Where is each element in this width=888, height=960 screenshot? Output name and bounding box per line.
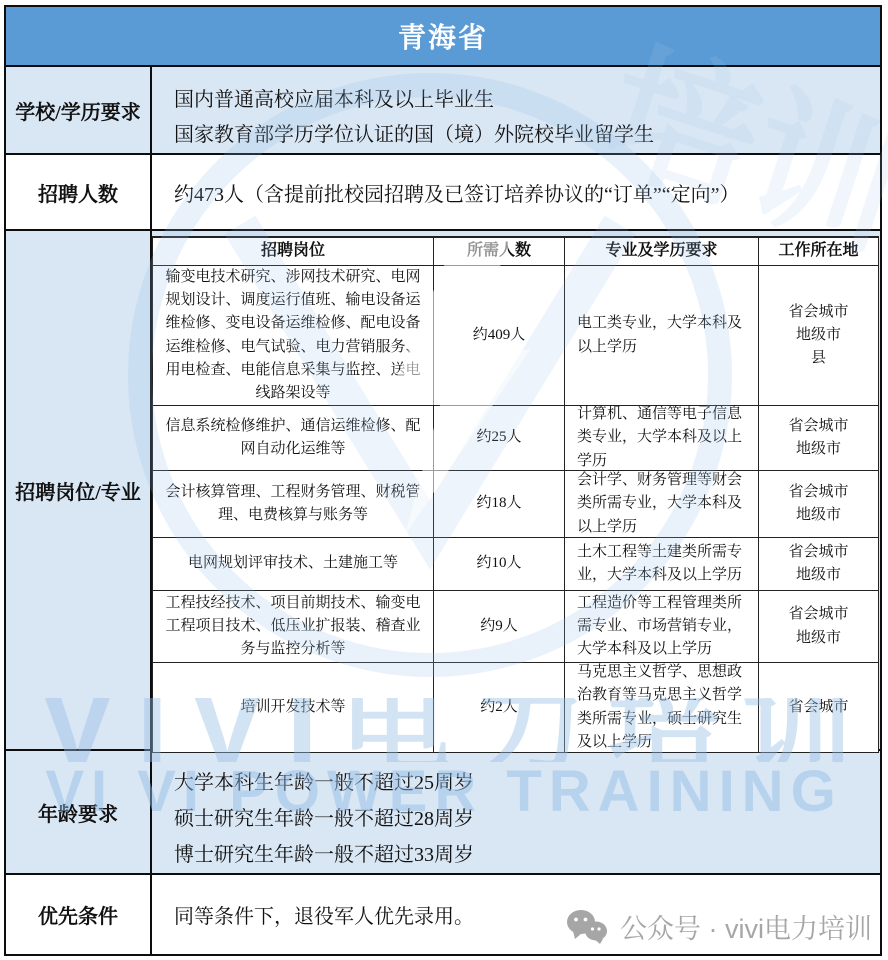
positions-label: 招聘岗位/专业: [6, 231, 152, 749]
notice-table: 青海省 学校/学历要求 国内普通高校应届本科及以上毕业生 国家教育部学历学位认证…: [4, 5, 882, 956]
headcount-content: 约473人（含提前批校园招聘及已签订培养协议的“订单”“定向”）: [152, 155, 880, 229]
table-row-6-position: 培训开发技术等: [153, 663, 434, 753]
table-row-2-position: 信息系统检修维护、通信运维检修、配网自动化运维等: [153, 406, 434, 471]
col-header-count: 所需人数: [434, 238, 565, 266]
table-row-1-position: 输变电技术研究、涉网技术研究、电网规划设计、调度运行值班、输电设备运维检修、变电…: [153, 266, 434, 406]
col-header-position: 招聘岗位: [153, 238, 434, 266]
recruitment-notice-sheet: 青海省 学校/学历要求 国内普通高校应届本科及以上毕业生 国家教育部学历学位认证…: [0, 0, 888, 960]
headcount-text: 约473人（含提前批校园招聘及已签订培养协议的“订单”“定向”）: [152, 155, 880, 229]
school-label: 学校/学历要求: [6, 67, 152, 153]
table-row-6-count: 约2人: [434, 663, 565, 753]
table-row-3-location: 省会城市 地级市: [759, 471, 879, 538]
table-row-1-location: 省会城市 地级市 县: [759, 266, 879, 406]
row-age-requirements: 年龄要求 大学本科生年龄一般不超过25周岁 硕士研究生年龄一般不超过28周岁 博…: [6, 749, 880, 873]
row-school-requirements: 学校/学历要求 国内普通高校应届本科及以上毕业生 国家教育部学历学位认证的国（境…: [6, 65, 880, 153]
table-row-5-position: 工程技经技术、项目前期技术、输变电工程项目技术、低压业扩报装、稽查业务与监控分析…: [153, 591, 434, 663]
age-label: 年龄要求: [6, 751, 152, 873]
table-row-4-position: 电网规划评审技术、土建施工等: [153, 538, 434, 591]
table-row-5-location: 省会城市 地级市: [759, 591, 879, 663]
table-row-1-major: 电工类专业，大学本科及以上学历: [565, 266, 759, 406]
age-line-3: 博士研究生年龄一般不超过33周岁: [174, 837, 870, 873]
table-row-5-major: 工程造价等工程管理类所需专业、市场营销专业，大学本科及以上学历: [565, 591, 759, 663]
table-row-1-count: 约409人: [434, 266, 565, 406]
row-headcount: 招聘人数 约473人（含提前批校园招聘及已签订培养协议的“订单”“定向”）: [6, 153, 880, 229]
row-positions: 招聘岗位/专业 招聘岗位 所需人数 专业及学历要求 工作所在地 输变电技术研究、…: [6, 229, 880, 749]
col-header-major: 专业及学历要求: [565, 238, 759, 266]
positions-table: 招聘岗位 所需人数 专业及学历要求 工作所在地 输变电技术研究、涉网技术研究、电…: [152, 236, 879, 753]
positions-content: 招聘岗位 所需人数 专业及学历要求 工作所在地 输变电技术研究、涉网技术研究、电…: [152, 231, 880, 749]
table-row-2-major: 计算机、通信等电子信息类专业，大学本科及以上学历: [565, 406, 759, 471]
school-line-1: 国内普通高校应届本科及以上毕业生: [174, 83, 870, 118]
table-row-6-major: 马克思主义哲学、思想政治教育等马克思主义哲学类所需专业，硕士研究生及以上学历: [565, 663, 759, 753]
province-title: 青海省: [398, 16, 488, 56]
age-line-1: 大学本科生年龄一般不超过25周岁: [174, 765, 870, 801]
age-content: 大学本科生年龄一般不超过25周岁 硕士研究生年龄一般不超过28周岁 博士研究生年…: [152, 751, 880, 873]
table-row-4-count: 约10人: [434, 538, 565, 591]
wechat-icon: [566, 909, 608, 945]
wechat-credit: 公众号 · vivi电力培训: [566, 907, 872, 946]
table-row-3-position: 会计核算管理、工程财务管理、财税管理、电费核算与账务等: [153, 471, 434, 538]
table-row-2-location: 省会城市 地级市: [759, 406, 879, 471]
province-title-bar: 青海省: [6, 7, 880, 65]
school-line-2: 国家教育部学历学位认证的国（境）外院校毕业留学生: [174, 118, 870, 153]
col-header-location: 工作所在地: [759, 238, 879, 266]
table-row-5-count: 约9人: [434, 591, 565, 663]
age-line-2: 硕士研究生年龄一般不超过28周岁: [174, 801, 870, 837]
table-row-4-location: 省会城市 地级市: [759, 538, 879, 591]
priority-label: 优先条件: [6, 875, 152, 954]
table-row-6-location: 省会城市: [759, 663, 879, 753]
table-row-3-count: 约18人: [434, 471, 565, 538]
table-row-3-major: 会计学、财务管理等财会类所需专业，大学本科及以上学历: [565, 471, 759, 538]
table-row-4-major: 土木工程等土建类所需专业，大学本科及以上学历: [565, 538, 759, 591]
table-row-2-count: 约25人: [434, 406, 565, 471]
headcount-label: 招聘人数: [6, 155, 152, 229]
school-content: 国内普通高校应届本科及以上毕业生 国家教育部学历学位认证的国（境）外院校毕业留学…: [152, 67, 880, 153]
wechat-credit-text: 公众号 · vivi电力培训: [620, 907, 872, 946]
